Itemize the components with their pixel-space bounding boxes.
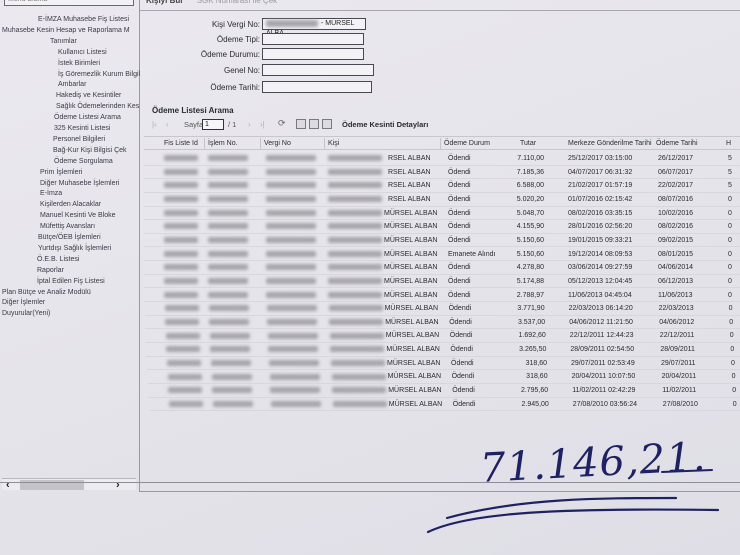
redacted-cell xyxy=(164,182,198,189)
payment-status-cell: Ödendi xyxy=(448,182,471,189)
redacted-value xyxy=(266,20,318,27)
form-field[interactable] xyxy=(262,33,364,45)
sent-to-center-date-cell: 08/02/2016 03:35:15 xyxy=(568,210,632,217)
sidebar-horizontal-scrollbar[interactable]: ‹ › xyxy=(2,478,136,490)
excel-export-icon[interactable] xyxy=(309,119,319,129)
redacted-value xyxy=(328,182,382,188)
redacted-value xyxy=(328,223,382,229)
column-separator[interactable] xyxy=(260,138,261,150)
redacted-value xyxy=(165,319,199,325)
h-cell: 0 xyxy=(729,319,733,326)
form-field[interactable] xyxy=(262,64,374,76)
redacted-cell xyxy=(266,223,316,230)
redacted-cell xyxy=(269,360,319,367)
form-label: Genel No: xyxy=(140,66,260,75)
payment-date-cell: 08/01/2015 xyxy=(658,251,693,258)
redacted-cell xyxy=(213,401,253,408)
redacted-value xyxy=(208,223,248,229)
redacted-cell xyxy=(168,387,202,394)
redacted-value xyxy=(164,210,198,216)
redacted-cell xyxy=(328,196,382,203)
redacted-value xyxy=(329,319,383,325)
sent-to-center-date-cell: 11/02/2011 02:42:29 xyxy=(572,387,635,394)
redacted-cell xyxy=(208,196,248,203)
redacted-cell xyxy=(164,251,198,258)
person-name-cell: RSEL ALBAN xyxy=(388,169,431,176)
redacted-cell xyxy=(328,223,382,230)
amount-cell: 6.588,00 xyxy=(492,182,544,189)
h-cell: 0 xyxy=(731,360,735,367)
redacted-value xyxy=(168,374,202,380)
person-name-cell: MÜRSEL ALBAN xyxy=(384,264,437,271)
person-name-cell: MÜRSEL ALBAN xyxy=(384,278,437,285)
person-name-cell: MÜRSEL ALBAN xyxy=(384,292,437,299)
sent-to-center-date-cell: 28/09/2011 02:54:50 xyxy=(570,346,634,353)
printed-page: Menü arama E-İMZA Muhasebe Fiş ListesiMu… xyxy=(0,0,740,555)
table-row[interactable]: MÜRSEL ALBANÖdendi5.048,7008/02/2016 03:… xyxy=(144,207,740,221)
form-field[interactable]: - MÜRSEL ALBA xyxy=(262,18,366,30)
amount-cell: 5.048,70 xyxy=(492,210,544,217)
redacted-value xyxy=(208,155,248,161)
h-cell: 0 xyxy=(728,210,732,217)
redacted-value xyxy=(208,169,248,175)
redacted-cell xyxy=(328,292,382,299)
form-label: Ödeme Tipi: xyxy=(140,35,260,44)
redacted-cell xyxy=(332,387,386,394)
table-row[interactable]: MÜRSEL ALBANÖdendi3.265,5028/09/2011 02:… xyxy=(146,343,740,357)
redacted-cell xyxy=(270,373,320,380)
form-label: Ödeme Tarihi: xyxy=(140,83,260,92)
person-name-cell: MÜRSEL ALBAN xyxy=(385,305,438,312)
redacted-value xyxy=(208,264,248,270)
redacted-value xyxy=(164,278,198,284)
sent-to-center-date-cell: 28/01/2016 02:56:20 xyxy=(568,223,632,230)
tab-sgk-numarasi[interactable]: SGK Numarası ile Çek xyxy=(197,0,277,5)
sidebar-item[interactable]: Duyurular(Yeni) xyxy=(2,310,50,317)
sent-to-center-date-cell: 01/07/2016 02:15:42 xyxy=(568,196,632,203)
payment-status-cell: Ödendi xyxy=(448,210,471,217)
sidebar-item[interactable]: Ödeme Listesi Arama xyxy=(54,114,121,121)
print-icon[interactable] xyxy=(296,119,306,129)
table-row[interactable]: RSEL ALBANÖdendi7.185,3604/07/2017 06:31… xyxy=(144,166,740,180)
redacted-value xyxy=(168,387,202,393)
payment-status-cell: Ödendi xyxy=(452,387,475,394)
payment-status-cell: Emanete Alındı xyxy=(448,251,495,258)
redacted-cell xyxy=(208,210,248,217)
sidebar-item[interactable]: Ödeme Sorgulama xyxy=(54,158,113,165)
payment-date-cell: 09/02/2015 xyxy=(658,237,693,244)
amount-cell: 5.150,60 xyxy=(492,251,544,258)
redacted-value xyxy=(328,278,382,284)
sidebar-item[interactable]: Muhasebe Kesin Hesap ve Raporlama M xyxy=(2,27,130,34)
redacted-value xyxy=(328,210,382,216)
person-name-cell: MÜRSEL ALBAN xyxy=(389,401,442,408)
payment-status-cell: Ödendi xyxy=(448,264,471,271)
amount-cell: 2.945,00 xyxy=(497,401,549,408)
redacted-cell xyxy=(266,182,316,189)
amount-cell: 2.795,60 xyxy=(496,387,548,394)
sidebar-item[interactable]: Raporlar xyxy=(37,267,64,274)
payment-status-cell: Ödendi xyxy=(451,360,474,367)
redacted-cell xyxy=(165,319,199,326)
redacted-value xyxy=(268,333,318,339)
redacted-cell xyxy=(329,305,383,312)
redacted-cell xyxy=(266,210,316,217)
payment-date-cell: 04/06/2012 xyxy=(659,319,694,326)
page-label: Sayfa xyxy=(184,120,203,129)
amount-cell: 318,60 xyxy=(496,373,548,380)
redacted-value xyxy=(266,182,316,188)
redacted-value xyxy=(209,305,249,311)
amount-cell: 3.265,50 xyxy=(494,346,546,353)
redacted-value xyxy=(330,333,384,339)
h-cell: 5 xyxy=(728,169,732,176)
redacted-value xyxy=(164,264,198,270)
redacted-cell xyxy=(164,223,198,230)
last-page-icon[interactable]: ›| xyxy=(260,120,265,129)
sent-to-center-date-cell: 27/08/2010 03:56:24 xyxy=(573,401,637,408)
sent-to-center-date-cell: 05/12/2013 12:04:45 xyxy=(568,278,632,285)
redacted-cell xyxy=(164,210,198,217)
redacted-cell xyxy=(212,387,252,394)
person-name-cell: MÜRSEL ALBAN xyxy=(384,237,437,244)
sidebar-item[interactable]: Hakediş ve Kesintiler xyxy=(56,92,121,99)
redacted-cell xyxy=(208,155,248,162)
amount-cell: 5.174,88 xyxy=(492,278,544,285)
table-row[interactable]: MÜRSEL ALBANÖdendi5.150,6019/01/2015 09:… xyxy=(144,234,740,248)
payment-status-cell: Ödendi xyxy=(450,332,473,339)
sidebar-item[interactable]: Diğer Muhasebe İşlemleri xyxy=(40,180,119,187)
payment-date-cell: 06/07/2017 xyxy=(658,169,693,176)
payment-status-cell: Ödendi xyxy=(449,319,472,326)
redacted-cell xyxy=(328,182,382,189)
sidebar-item[interactable]: İş Göremezlik Kurum Bilgile xyxy=(58,71,140,78)
redacted-value xyxy=(164,169,198,175)
redacted-value xyxy=(328,155,382,161)
form-field[interactable] xyxy=(262,81,372,93)
redacted-value xyxy=(266,155,316,161)
redacted-cell xyxy=(164,196,198,203)
person-name-cell: MÜRSEL ALBAN xyxy=(384,223,437,230)
redacted-value xyxy=(212,387,252,393)
redacted-value xyxy=(266,223,316,229)
payment-date-cell: 11/06/2013 xyxy=(658,292,693,299)
redacted-value xyxy=(208,237,248,243)
payment-date-cell: 06/12/2013 xyxy=(658,278,693,285)
redacted-value xyxy=(164,292,198,298)
sidebar-item[interactable]: Tanımlar xyxy=(50,38,77,45)
pdf-export-icon[interactable] xyxy=(322,119,332,129)
sidebar-item[interactable]: Kullanıcı Listesi xyxy=(58,49,107,56)
redacted-cell xyxy=(266,169,316,176)
redacted-cell xyxy=(266,251,316,258)
redacted-value xyxy=(211,360,251,366)
redacted-value xyxy=(328,169,382,175)
redacted-cell xyxy=(164,169,198,176)
redacted-value xyxy=(208,251,248,257)
redacted-value xyxy=(164,182,198,188)
redacted-cell xyxy=(164,292,198,299)
main-panel: Kişiyi Bul SGK Numarası ile Çek Kişi Ver… xyxy=(140,0,740,492)
table-row[interactable]: MÜRSEL ALBANÖdendi318,6029/07/2011 02:53… xyxy=(147,357,740,371)
person-name-cell: MÜRSEL ALBAN xyxy=(384,251,437,258)
amount-cell: 4.278,80 xyxy=(492,264,544,271)
redacted-cell xyxy=(328,237,382,244)
payment-date-cell: 22/03/2013 xyxy=(659,305,694,312)
redacted-value xyxy=(210,333,250,339)
table-row[interactable]: MÜRSEL ALBANÖdendi4.278,8003/06/2014 09:… xyxy=(144,261,740,275)
column-header[interactable]: Ödeme Tarihi xyxy=(656,140,698,147)
redacted-value xyxy=(213,401,253,407)
form-label: Ödeme Durumu: xyxy=(140,50,260,59)
scroll-right-icon[interactable]: › xyxy=(116,479,120,491)
redacted-cell xyxy=(208,251,248,258)
table-row[interactable]: RSEL ALBANÖdendi5.020,2001/07/2016 02:15… xyxy=(144,193,740,207)
redacted-value xyxy=(332,387,386,393)
h-cell: 0 xyxy=(728,237,732,244)
redacted-cell xyxy=(166,332,200,339)
h-cell: 0 xyxy=(730,346,734,353)
amount-cell: 5.150,60 xyxy=(492,237,544,244)
sidebar-item[interactable]: İstek Birimleri xyxy=(58,60,100,67)
payment-status-cell: Ödendi xyxy=(449,305,472,312)
redacted-cell xyxy=(328,169,382,176)
sidebar-item[interactable]: E-İmza xyxy=(40,190,62,197)
redacted-value xyxy=(271,401,321,407)
menu-search-input[interactable]: Menü arama xyxy=(4,0,134,6)
table-header: Fis Liste Idİşlem No.Vergi NoKişiÖdeme D… xyxy=(144,136,740,150)
amount-cell: 318,60 xyxy=(495,360,547,367)
column-header[interactable]: Ödeme Durum xyxy=(444,140,490,147)
payment-status-cell: Ödendi xyxy=(452,373,475,380)
h-cell: 0 xyxy=(728,278,732,285)
sent-to-center-date-cell: 22/03/2013 06:14:20 xyxy=(569,305,633,312)
redacted-cell xyxy=(268,346,318,353)
sent-to-center-date-cell: 03/06/2014 09:27:59 xyxy=(568,264,632,271)
h-cell: 5 xyxy=(728,155,732,162)
h-cell: 0 xyxy=(732,387,736,394)
payment-date-cell: 10/02/2016 xyxy=(658,210,693,217)
sidebar-item[interactable]: Prim İşlemleri xyxy=(40,169,82,176)
table-row[interactable]: MÜRSEL ALBANÖdendi2.945,0027/08/2010 03:… xyxy=(149,398,740,412)
redacted-cell xyxy=(212,373,252,380)
sidebar: Menü arama E-İMZA Muhasebe Fiş ListesiMu… xyxy=(0,0,140,492)
table-row[interactable]: RSEL ALBANÖdendi6.588,0021/02/2017 01:57… xyxy=(144,179,740,193)
redacted-value xyxy=(164,223,198,229)
column-separator[interactable] xyxy=(440,138,441,150)
redacted-value xyxy=(208,210,248,216)
redacted-cell xyxy=(329,319,383,326)
redacted-cell xyxy=(267,319,317,326)
table-row[interactable]: MÜRSEL ALBANÖdendi5.174,8805/12/2013 12:… xyxy=(144,275,740,289)
payment-status-cell: Ödendi xyxy=(448,292,471,299)
column-header[interactable]: Kişi xyxy=(328,140,339,147)
redacted-cell xyxy=(331,360,385,367)
table-row[interactable]: MÜRSEL ALBANÖdendi4.155,9028/01/2016 02:… xyxy=(144,220,740,234)
divider xyxy=(140,10,740,11)
sidebar-item[interactable]: Kişilerden Alacaklar xyxy=(40,201,101,208)
redacted-value xyxy=(330,346,384,352)
column-header[interactable]: Fis Liste Id xyxy=(164,140,198,147)
amount-cell: 3.537,00 xyxy=(493,319,545,326)
redacted-value xyxy=(266,264,316,270)
redacted-value xyxy=(328,251,382,257)
payment-deduction-details-button[interactable]: Ödeme Kesinti Detayları xyxy=(342,120,428,129)
payment-status-cell: Ödendi xyxy=(453,401,476,408)
sidebar-item[interactable]: Ambarlar xyxy=(58,81,86,88)
scroll-left-icon[interactable]: ‹ xyxy=(6,479,10,491)
table-row[interactable]: MÜRSEL ALBANÖdendi318,6020/04/2011 10:07… xyxy=(148,370,740,384)
redacted-cell xyxy=(167,360,201,367)
payment-status-cell: Ödendi xyxy=(448,169,471,176)
redacted-cell xyxy=(164,278,198,285)
person-name-cell: RSEL ALBAN xyxy=(388,196,431,203)
amount-cell: 7.185,36 xyxy=(492,169,544,176)
column-header[interactable]: İşlem No. xyxy=(208,140,238,147)
next-page-icon[interactable]: › xyxy=(248,120,251,129)
table-row[interactable]: MÜRSEL ALBANEmanete Alındı5.150,6019/12/… xyxy=(144,248,740,262)
person-name-cell: MÜRSEL ALBAN xyxy=(384,210,437,217)
amount-cell: 1.692,60 xyxy=(494,332,546,339)
payment-date-cell: 04/06/2014 xyxy=(658,264,693,271)
redacted-value xyxy=(164,237,198,243)
redacted-cell xyxy=(165,305,199,312)
payment-status-cell: Ödendi xyxy=(450,346,473,353)
redacted-value xyxy=(164,155,198,161)
sidebar-item[interactable]: E-İMZA Muhasebe Fiş Listesi xyxy=(38,16,129,23)
amount-cell: 3.771,90 xyxy=(493,305,545,312)
sidebar-item[interactable]: Müfettiş Avansları xyxy=(40,223,95,230)
redacted-cell xyxy=(266,278,316,285)
payment-date-cell: 28/09/2011 xyxy=(660,346,695,353)
sent-to-center-date-cell: 25/12/2017 03:15:00 xyxy=(568,155,632,162)
redacted-cell xyxy=(266,264,316,271)
table-row[interactable]: MÜRSEL ALBANÖdendi3.537,0004/06/2012 11:… xyxy=(145,316,740,330)
redacted-cell xyxy=(208,292,248,299)
table-row[interactable]: MÜRSEL ALBANÖdendi3.771,9022/03/2013 06:… xyxy=(145,302,740,316)
redacted-cell xyxy=(208,182,248,189)
redacted-value xyxy=(329,305,383,311)
redacted-cell xyxy=(330,346,384,353)
h-cell: 0 xyxy=(733,401,737,408)
person-name-cell: MÜRSEL ALBAN xyxy=(388,387,441,394)
redacted-value xyxy=(166,333,200,339)
tab-kisiyi-bul[interactable]: Kişiyi Bul xyxy=(146,0,182,5)
payment-date-cell: 22/02/2017 xyxy=(658,182,693,189)
redacted-cell xyxy=(328,278,382,285)
form-label: Kişi Vergi No: xyxy=(140,20,260,29)
sent-to-center-date-cell: 21/02/2017 01:57:19 xyxy=(568,182,632,189)
top-tabs: Kişiyi Bul SGK Numarası ile Çek xyxy=(146,0,277,5)
sent-to-center-date-cell: 29/07/2011 02:53:49 xyxy=(571,360,635,367)
first-page-icon[interactable]: |‹ xyxy=(152,120,157,129)
person-name-cell: RSEL ALBAN xyxy=(388,182,431,189)
sent-to-center-date-cell: 20/04/2011 10:07:50 xyxy=(572,373,636,380)
payment-status-cell: Ödendi xyxy=(448,155,471,162)
form-field[interactable] xyxy=(262,48,364,60)
table-row[interactable]: MÜRSEL ALBANÖdendi2.788,9711/06/2013 04:… xyxy=(144,289,740,303)
sidebar-item[interactable]: İptal Edilen Fiş Listesi xyxy=(37,278,105,285)
payment-status-cell: Ödendi xyxy=(448,196,471,203)
redacted-value xyxy=(164,251,198,257)
redacted-value xyxy=(328,292,382,298)
sent-to-center-date-cell: 04/06/2012 11:21:50 xyxy=(569,319,633,326)
h-cell: 5 xyxy=(728,182,732,189)
redacted-cell xyxy=(169,401,203,408)
table-row[interactable]: MÜRSEL ALBANÖdendi1.692,6022/12/2011 12:… xyxy=(146,329,740,343)
redacted-cell xyxy=(268,332,318,339)
sidebar-item[interactable]: Bağ-Kur Kişi Bilgisi Çek xyxy=(53,147,127,154)
sidebar-item[interactable]: 325 Kesinti Listesi xyxy=(54,125,110,132)
redacted-value xyxy=(270,374,320,380)
sidebar-item[interactable]: Personel Bilgileri xyxy=(53,136,105,143)
column-separator[interactable] xyxy=(324,138,325,150)
redacted-cell xyxy=(210,332,250,339)
redacted-cell xyxy=(266,155,316,162)
sidebar-item[interactable]: Plan Bütçe ve Analiz Modülü xyxy=(2,289,91,296)
sidebar-item[interactable]: Bütçe/ÖEB İşlemleri xyxy=(38,234,101,241)
column-header[interactable]: Merkeze Gönderilme Tarihi xyxy=(568,140,652,147)
person-name-cell: MÜRSEL ALBAN xyxy=(387,360,440,367)
redacted-cell xyxy=(267,305,317,312)
redacted-value xyxy=(333,401,387,407)
redacted-value xyxy=(267,305,317,311)
amount-cell: 7.110,00 xyxy=(492,155,544,162)
redacted-cell xyxy=(164,264,198,271)
sidebar-menu: E-İMZA Muhasebe Fiş ListesiMuhasebe Kesi… xyxy=(0,14,140,329)
redacted-cell xyxy=(208,264,248,271)
payment-date-cell: 29/07/2011 xyxy=(661,360,696,367)
redacted-value xyxy=(328,264,382,270)
redacted-cell xyxy=(209,319,249,326)
redacted-value xyxy=(331,360,385,366)
column-header[interactable]: Vergi No xyxy=(264,140,291,147)
payment-status-cell: Ödendi xyxy=(448,278,471,285)
column-separator[interactable] xyxy=(204,138,205,150)
h-cell: 0 xyxy=(728,251,732,258)
redacted-value xyxy=(268,346,318,352)
table-row[interactable]: RSEL ALBANÖdendi7.110,0025/12/2017 03:15… xyxy=(144,152,740,166)
column-header[interactable]: H xyxy=(726,140,731,147)
redacted-value xyxy=(167,360,201,366)
h-cell: 0 xyxy=(728,196,732,203)
amount-cell: 5.020,20 xyxy=(492,196,544,203)
prev-page-icon[interactable]: ‹ xyxy=(166,120,169,129)
redacted-value xyxy=(166,346,200,352)
redacted-value xyxy=(332,374,386,380)
payment-date-cell: 08/02/2016 xyxy=(658,223,693,230)
sent-to-center-date-cell: 19/12/2014 08:09:53 xyxy=(568,251,632,258)
column-header[interactable]: Tutar xyxy=(520,140,536,147)
redacted-value xyxy=(165,305,199,311)
refresh-icon[interactable]: ⟳ xyxy=(278,118,288,128)
sidebar-item[interactable]: Yurtdışı Sağlık İşlemleri xyxy=(38,245,111,252)
table-row[interactable]: MÜRSEL ALBANÖdendi2.795,6011/02/2011 02:… xyxy=(148,384,740,398)
sidebar-item[interactable]: Sağlık Ödemelerinden Kes xyxy=(56,103,139,110)
sidebar-item[interactable]: Manuel Kesinti Ve Bloke xyxy=(40,212,116,219)
page-number-input[interactable]: 1 xyxy=(202,119,224,130)
redacted-cell xyxy=(266,237,316,244)
sidebar-item[interactable]: Ö.E.B. Listesi xyxy=(37,256,79,263)
paging-toolbar: |‹ ‹ Sayfa 1 / 1 › ›| ⟳ Ödeme Kesinti De… xyxy=(148,119,738,133)
h-cell: 0 xyxy=(728,292,732,299)
redacted-value xyxy=(169,401,203,407)
redacted-cell xyxy=(328,210,382,217)
redacted-cell xyxy=(270,387,320,394)
sidebar-item[interactable]: Diğer İşlemler xyxy=(2,299,45,306)
redacted-cell xyxy=(209,305,249,312)
redacted-value xyxy=(208,292,248,298)
